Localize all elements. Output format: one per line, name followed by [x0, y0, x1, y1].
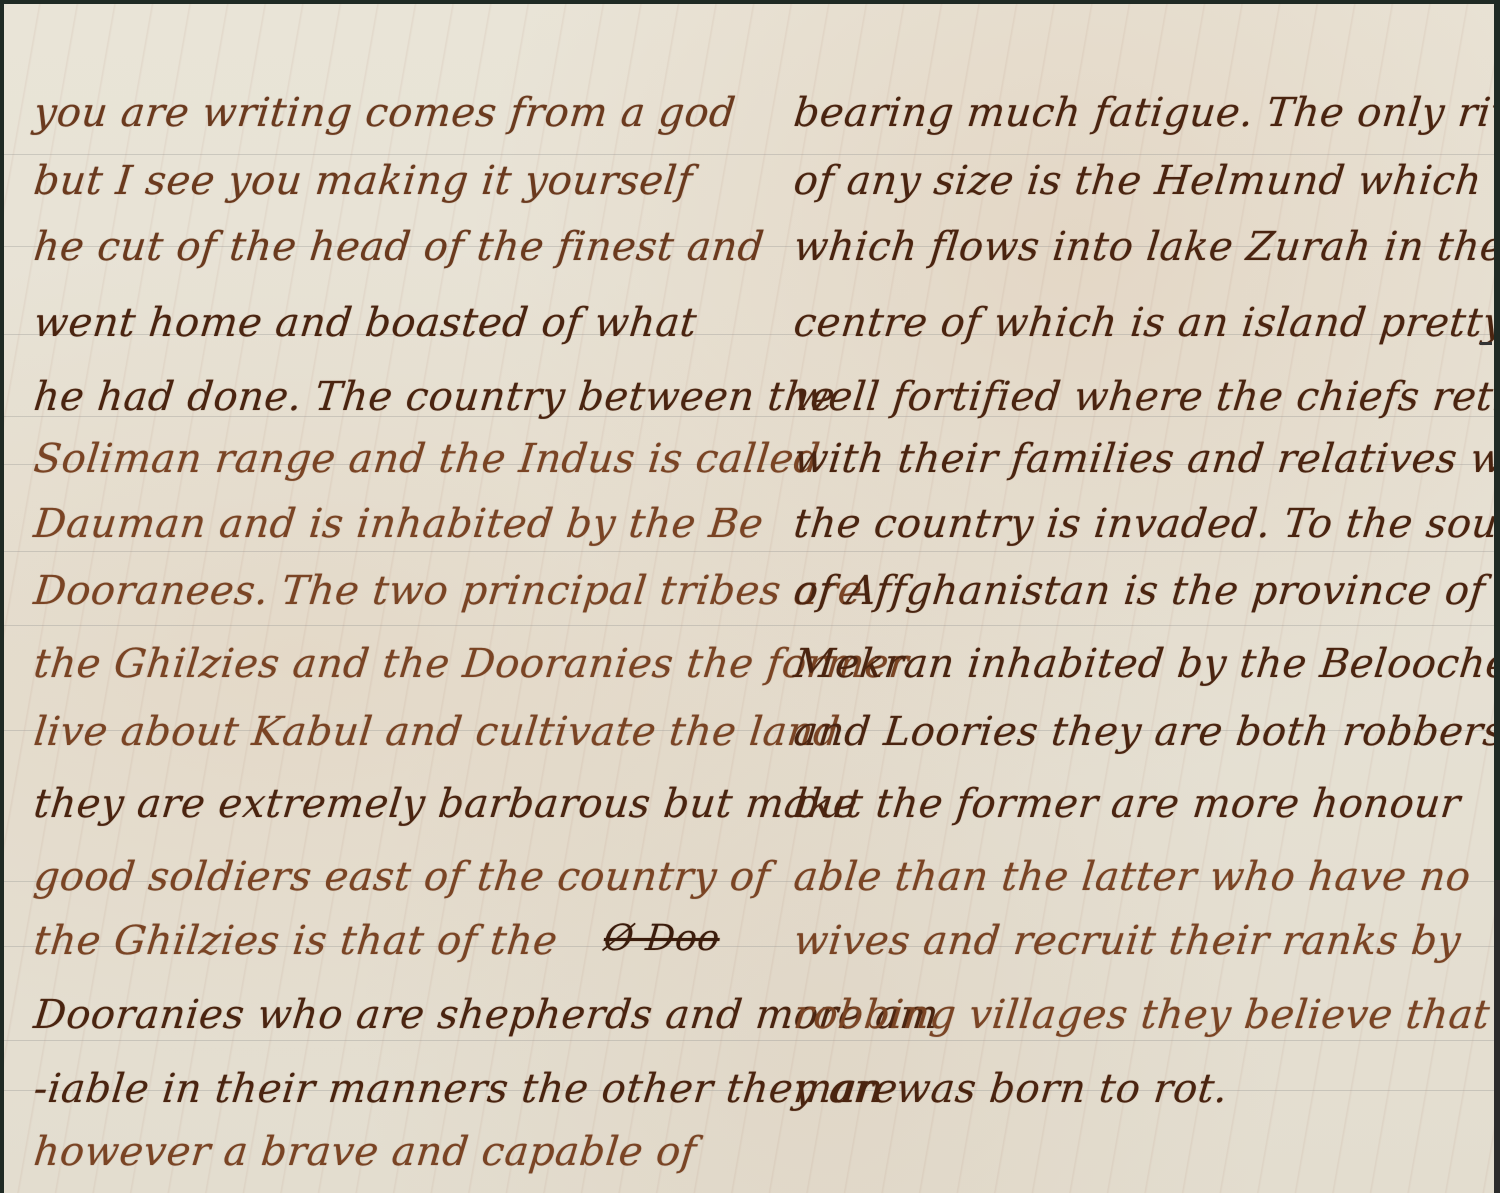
- text-line: of Affghanistan is the province of: [792, 568, 1488, 614]
- text-line: well fortified where the chiefs retire: [792, 374, 1494, 420]
- text-line: Dauman and is inhabited by the Be: [32, 501, 766, 547]
- text-line: wives and recruit their ranks by: [792, 918, 1464, 964]
- text-line: -iable in their manners the other they a…: [32, 1066, 901, 1112]
- letter-page: you are writing comes from a god but I s…: [4, 4, 1494, 1193]
- text-line: bearing much fatigue. The only river: [792, 90, 1494, 136]
- text-line: however a brave and capable of: [32, 1129, 699, 1175]
- text-line: the Ghilzies and the Dooranies the forme…: [32, 641, 911, 687]
- text-line: with their families and relatives when: [792, 436, 1494, 482]
- text-line: he had done. The country between the: [32, 374, 838, 420]
- ruled-line: [4, 625, 1494, 626]
- text-line: able than the latter who have no: [792, 854, 1473, 900]
- text-line: centre of which is an island pretty: [792, 300, 1494, 346]
- text-line: went home and boasted of what: [32, 300, 700, 346]
- ruled-line: [4, 154, 1494, 155]
- scan-edge-mark: [1480, 342, 1492, 345]
- text-line: but I see you making it yourself: [32, 158, 695, 204]
- text-line: but the former are more honour: [792, 781, 1463, 827]
- text-line: good soldiers east of the country of: [32, 854, 773, 900]
- text-line: you are writing comes from a god: [32, 90, 738, 136]
- text-line: man was born to rot.: [792, 1066, 1231, 1112]
- text-line: Soliman range and the Indus is called: [32, 436, 823, 482]
- text-line: of any size is the Helmund which: [792, 158, 1484, 204]
- text-line: he cut of the head of the finest and: [32, 224, 767, 270]
- text-line: the Ghilzies is that of the: [32, 918, 560, 964]
- ruled-line: [4, 1040, 1494, 1041]
- crossed-out-text: Ø Doo: [602, 918, 722, 959]
- text-line: robbing villages they believe that: [792, 992, 1493, 1038]
- text-line: and Loories they are both robbers: [792, 709, 1494, 755]
- text-line: the country is invaded. To the south: [792, 501, 1494, 547]
- ruled-line: [4, 551, 1494, 552]
- text-line: Dooranees. The two principal tribes are: [32, 568, 865, 614]
- text-line: Mekran inhabited by the Beloochees: [792, 641, 1494, 687]
- scan-border: [1494, 880, 1500, 1193]
- text-line: they are extremely barbarous but make: [32, 781, 860, 827]
- text-line: which flows into lake Zurah in the: [792, 224, 1494, 270]
- text-line: live about Kabul and cultivate the land: [32, 709, 842, 755]
